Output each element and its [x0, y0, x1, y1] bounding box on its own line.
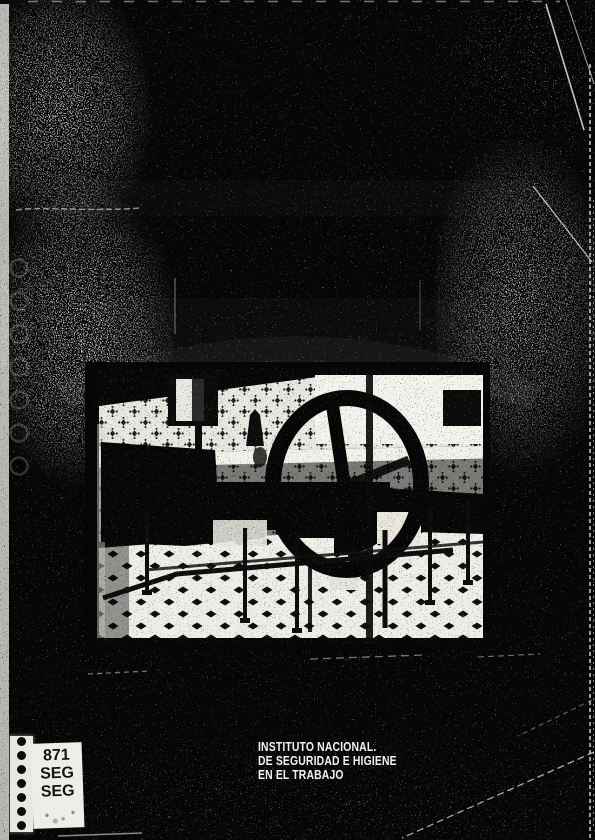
library-call-number-label: 871 SEG SEG: [31, 742, 85, 829]
binding-hole: [17, 779, 26, 788]
binding-hole: [17, 821, 26, 830]
binding-hole: [17, 737, 26, 746]
imprint-line: DE SEGURIDAD E HIGIENE: [258, 754, 397, 768]
binding-hole: [17, 793, 26, 802]
call-number-line: SEG: [32, 782, 84, 802]
cover-art: [0, 0, 595, 840]
book-cover-scan: INSTITUTO NACIONAL. DE SEGURIDAD E HIGIE…: [0, 0, 595, 840]
imprint-line: INSTITUTO NACIONAL.: [258, 740, 397, 754]
call-number-line: 871: [31, 746, 83, 766]
call-number-line: SEG: [31, 764, 83, 784]
binding-hole: [17, 807, 26, 816]
imprint-line: EN EL TRABAJO: [258, 768, 397, 782]
binding-strip: [10, 736, 33, 832]
binding-hole: [17, 765, 26, 774]
photo-illustration: [85, 362, 490, 650]
institute-imprint: INSTITUTO NACIONAL. DE SEGURIDAD E HIGIE…: [258, 740, 397, 782]
binding-hole: [17, 751, 26, 760]
